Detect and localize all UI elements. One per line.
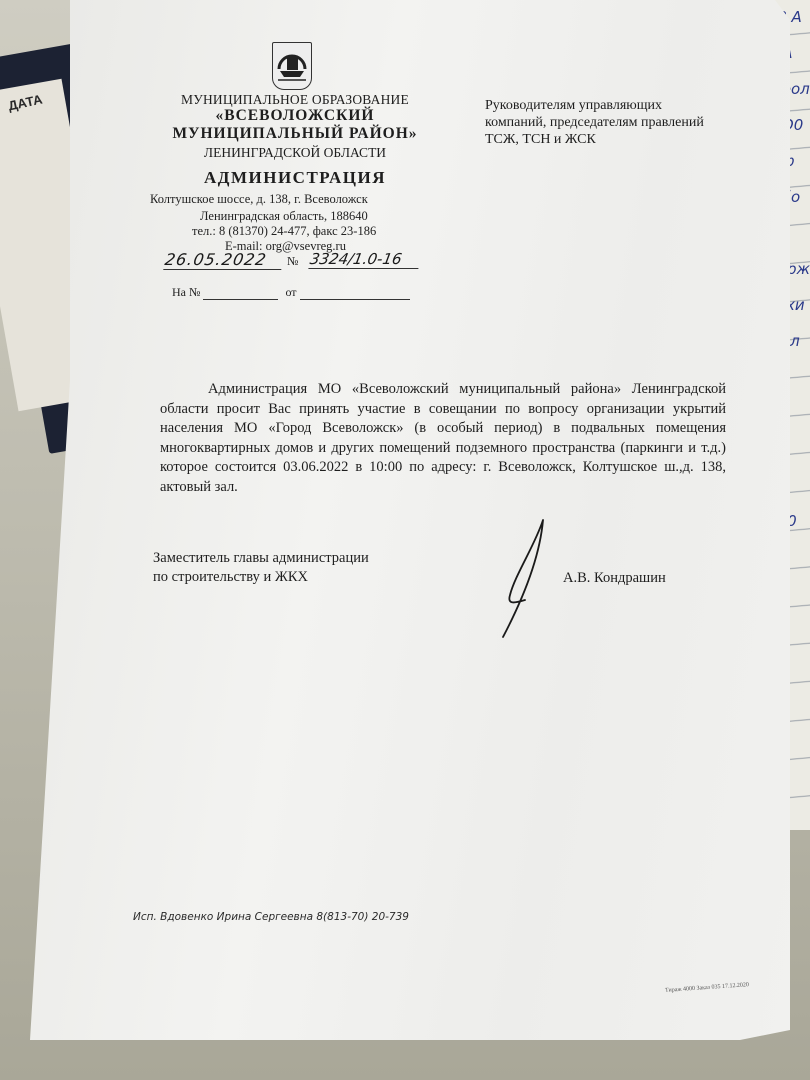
letter-body: Администрация МО «Всеволожский муниципал…	[160, 380, 726, 497]
address-phone: тел.: 8 (81370) 24-477, факс 23-186	[192, 224, 376, 239]
executor-contact: Исп. Вдовенко Ирина Сергеевна 8(813-70) …	[133, 911, 409, 923]
reference-line: На № от	[172, 285, 410, 300]
recipient-block: Руководителям управляющих компаний, пред…	[485, 97, 725, 148]
letterhead-municipality: МУНИЦИПАЛЬНОЕ ОБРАЗОВАНИЕ	[160, 92, 430, 108]
reference-prefix: На №	[172, 285, 200, 299]
handwritten-signature	[495, 515, 555, 640]
letterhead-administration: АДМИНИСТРАЦИЯ	[160, 168, 430, 188]
letterhead-district-type: МУНИЦИПАЛЬНЫЙ РАЙОН»	[160, 125, 430, 143]
registration-date: 26.05.2022	[163, 250, 285, 270]
reference-date-blank	[300, 287, 410, 300]
reference-from: от	[285, 285, 296, 299]
address-region: Ленинградская область, 188640	[200, 209, 368, 224]
signatory-title-line1: Заместитель главы администрации	[153, 549, 369, 568]
letterhead-district-name: «ВСЕВОЛОЖСКИЙ	[160, 107, 430, 125]
signatory-title: Заместитель главы администрации по строи…	[153, 549, 369, 587]
signatory-title-line2: по строительству и ЖКХ	[153, 568, 369, 587]
coat-of-arms-ship-icon	[272, 42, 312, 90]
letterhead-region: ЛЕНИНГРАДСКОЙ ОБЛАСТИ	[160, 145, 430, 161]
address-street: Колтушское шоссе, д. 138, г. Всеволожск	[150, 192, 368, 207]
registration-line: 26.05.2022 № 3324/1.0-16	[165, 250, 425, 272]
signatory-name: А.В. Кондрашин	[563, 570, 666, 587]
registration-number: 3324/1.0-16	[308, 250, 421, 269]
reference-number-blank	[203, 287, 278, 300]
number-sign: №	[287, 254, 298, 269]
